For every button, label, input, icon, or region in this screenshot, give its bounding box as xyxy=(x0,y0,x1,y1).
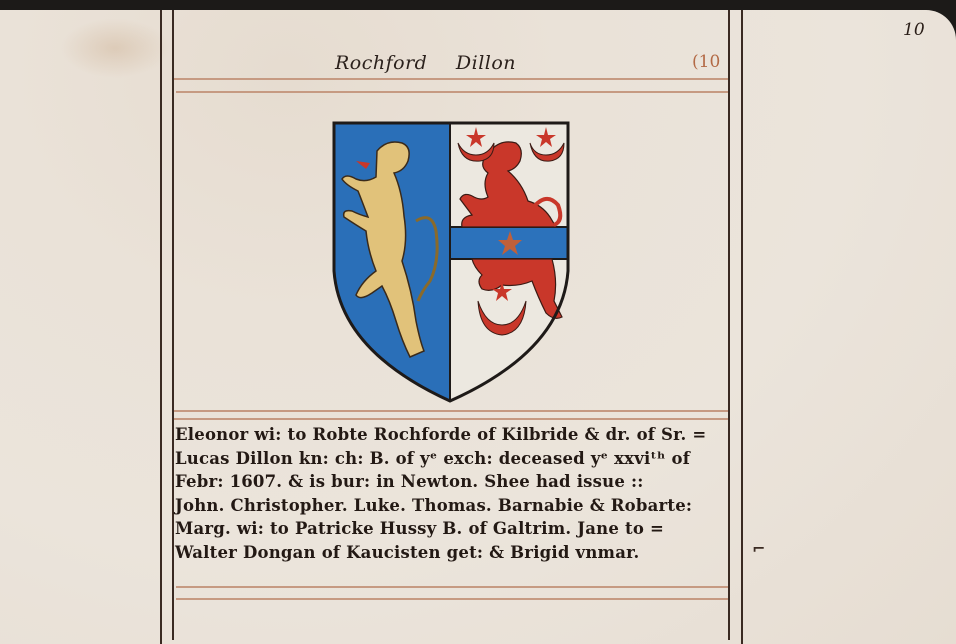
footer-rule-top xyxy=(176,586,728,588)
paper-stain xyxy=(60,18,170,78)
text-line: Lucas Dillon kn: ch: B. of yᵉ exch: dece… xyxy=(175,447,735,471)
header-rule-top xyxy=(174,78,728,80)
text-rule-top xyxy=(174,410,728,412)
text-line: Marg. wi: to Patricke Hussy B. of Galtri… xyxy=(175,517,735,541)
heading-name-rochford: Rochford xyxy=(335,52,427,74)
folio-number: 10 xyxy=(903,20,925,40)
text-rule-bottom xyxy=(174,418,728,420)
text-line: John. Christopher. Luke. Thomas. Barnabi… xyxy=(175,494,735,518)
text-line: Febr: 1607. & is bur: in Newton. Shee ha… xyxy=(175,470,735,494)
entry-number: (10 xyxy=(692,52,720,72)
header-rule-bottom xyxy=(176,91,728,93)
heading-name-dillon: Dillon xyxy=(456,52,516,74)
coat-of-arms-shield xyxy=(332,121,570,403)
page-heading: Rochford Dillon xyxy=(335,52,516,74)
right-outer-rule xyxy=(741,10,743,644)
text-line: Walter Dongan of Kaucisten get: & Brigid… xyxy=(175,541,735,565)
left-outer-rule xyxy=(160,10,162,644)
text-line: Eleonor wi: to Robte Rochforde of Kilbri… xyxy=(175,423,735,447)
footer-rule-bottom xyxy=(176,598,728,600)
genealogical-entry-text: Eleonor wi: to Robte Rochforde of Kilbri… xyxy=(175,423,735,564)
left-inner-rule xyxy=(172,10,174,640)
margin-mark: ⌐ xyxy=(752,539,765,558)
